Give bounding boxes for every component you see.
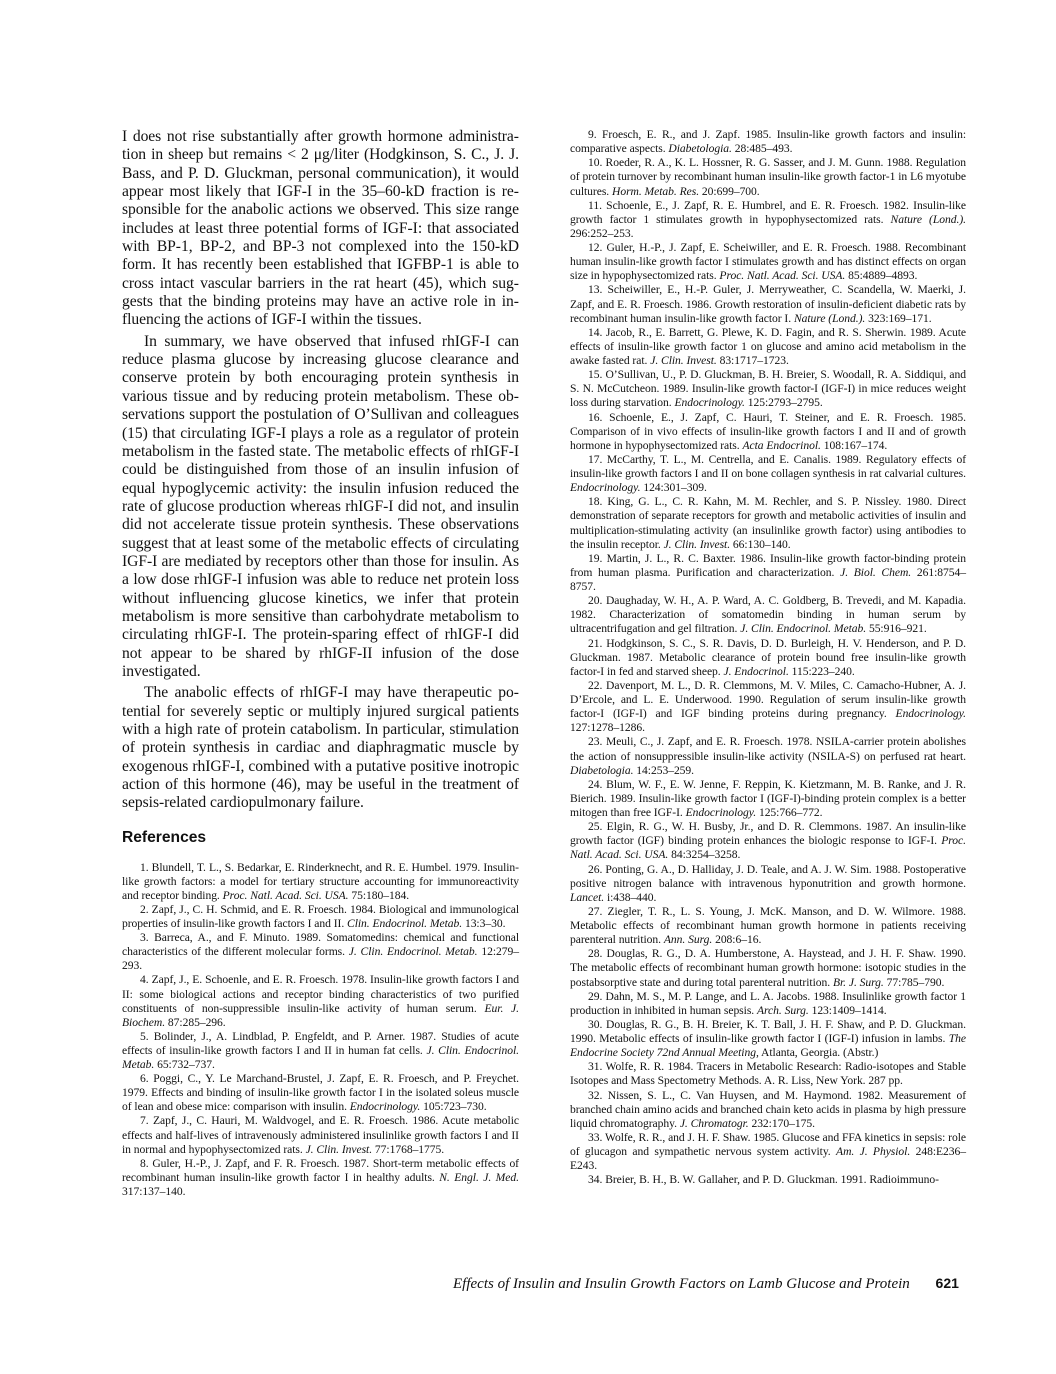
reference-list-left: 1. Blundell, T. L., S. Bedarkar, E. Rind… [122,861,519,1199]
body-text: I does not rise substantially after grow… [122,128,519,813]
reference-item: 13. Scheiwiller, E., H.-P. Guler, J. Mer… [570,283,966,325]
reference-item: 31. Wolfe, R. R. 1984. Tracers in Metabo… [570,1060,966,1088]
paragraph-1: I does not rise substantially after grow… [122,128,519,330]
reference-item: 4. Zapf, J., E. Schoenle, and E. R. Froe… [122,973,519,1029]
page-number: 621 [936,1275,959,1291]
reference-item: 17. McCarthy, T. L., M. Centrella, and E… [570,453,966,495]
reference-item: 33. Wolfe, R. R., and J. H. F. Shaw. 198… [570,1131,966,1173]
paragraph-2: In summary, we have observed that infuse… [122,333,519,682]
reference-item: 12. Guler, H.-P., J. Zapf, E. Scheiwille… [570,241,966,283]
paragraph-3: The anabolic effects of rhIGF-I may have… [122,684,519,812]
reference-item: 26. Ponting, G. A., D. Halliday, J. D. T… [570,863,966,905]
reference-item: 28. Douglas, R. G., D. A. Humberstone, A… [570,947,966,989]
reference-item: 19. Martin, J. L., R. C. Baxter. 1986. I… [570,552,966,594]
reference-item: 7. Zapf, J., C. Hauri, M. Waldvogel, and… [122,1114,519,1156]
reference-list-right: 9. Froesch, E. R., and J. Zapf. 1985. In… [570,128,966,1187]
reference-item: 3. Barreca, A., and F. Minuto. 1989. Som… [122,931,519,973]
reference-item: 2. Zapf, J., C. H. Schmid, and E. R. Fro… [122,903,519,931]
reference-item: 32. Nissen, S. L., C. Van Huysen, and M.… [570,1089,966,1131]
reference-item: 21. Hodgkinson, S. C., S. R. Davis, D. D… [570,637,966,679]
reference-item: 5. Bolinder, J., A. Lindblad, P. Engfeld… [122,1030,519,1072]
reference-item: 29. Dahn, M. S., M. P. Lange, and L. A. … [570,990,966,1018]
reference-item: 27. Ziegler, T. R., L. S. Young, J. McK.… [570,905,966,947]
reference-item: 24. Blum, W. F., E. W. Jenne, F. Reppin,… [570,778,966,820]
reference-item: 10. Roeder, R. A., K. L. Hossner, R. G. … [570,156,966,198]
reference-item: 18. King, G. L., C. R. Kahn, M. M. Rechl… [570,495,966,552]
reference-item: 22. Davenport, M. L., D. R. Clemmons, M.… [570,679,966,736]
reference-item: 30. Douglas, R. G., B. H. Breier, K. T. … [570,1018,966,1060]
running-title: Effects of Insulin and Insulin Growth Fa… [453,1276,910,1292]
reference-item: 11. Schoenle, E., J. Zapf, R. E. Humbrel… [570,199,966,241]
reference-item: 1. Blundell, T. L., S. Bedarkar, E. Rind… [122,861,519,903]
right-column: 9. Froesch, E. R., and J. Zapf. 1985. In… [570,128,966,1187]
reference-item: 15. O’Sullivan, U., P. D. Gluckman, B. H… [570,368,966,410]
page-footer: Effects of Insulin and Insulin Growth Fa… [453,1275,1008,1293]
reference-item: 20. Daughaday, W. H., A. P. Ward, A. C. … [570,594,966,636]
references-heading: References [122,829,519,847]
reference-item: 8. Guler, H.-P., J. Zapf, and F. R. Froe… [122,1157,519,1199]
reference-item: 14. Jacob, R., E. Barrett, G. Plewe, K. … [570,326,966,368]
reference-item: 6. Poggi, C., Y. Le Marchand-Brustel, J.… [122,1072,519,1114]
left-column: I does not rise substantially after grow… [122,128,519,1199]
reference-item: 9. Froesch, E. R., and J. Zapf. 1985. In… [570,128,966,156]
reference-item: 23. Meuli, C., J. Zapf, and E. R. Froesc… [570,735,966,777]
reference-item: 34. Breier, B. H., B. W. Gallaher, and P… [570,1173,966,1187]
reference-item: 25. Elgin, R. G., W. H. Busby, Jr., and … [570,820,966,862]
reference-item: 16. Schoenle, E., J. Zapf, C. Hauri, T. … [570,411,966,453]
